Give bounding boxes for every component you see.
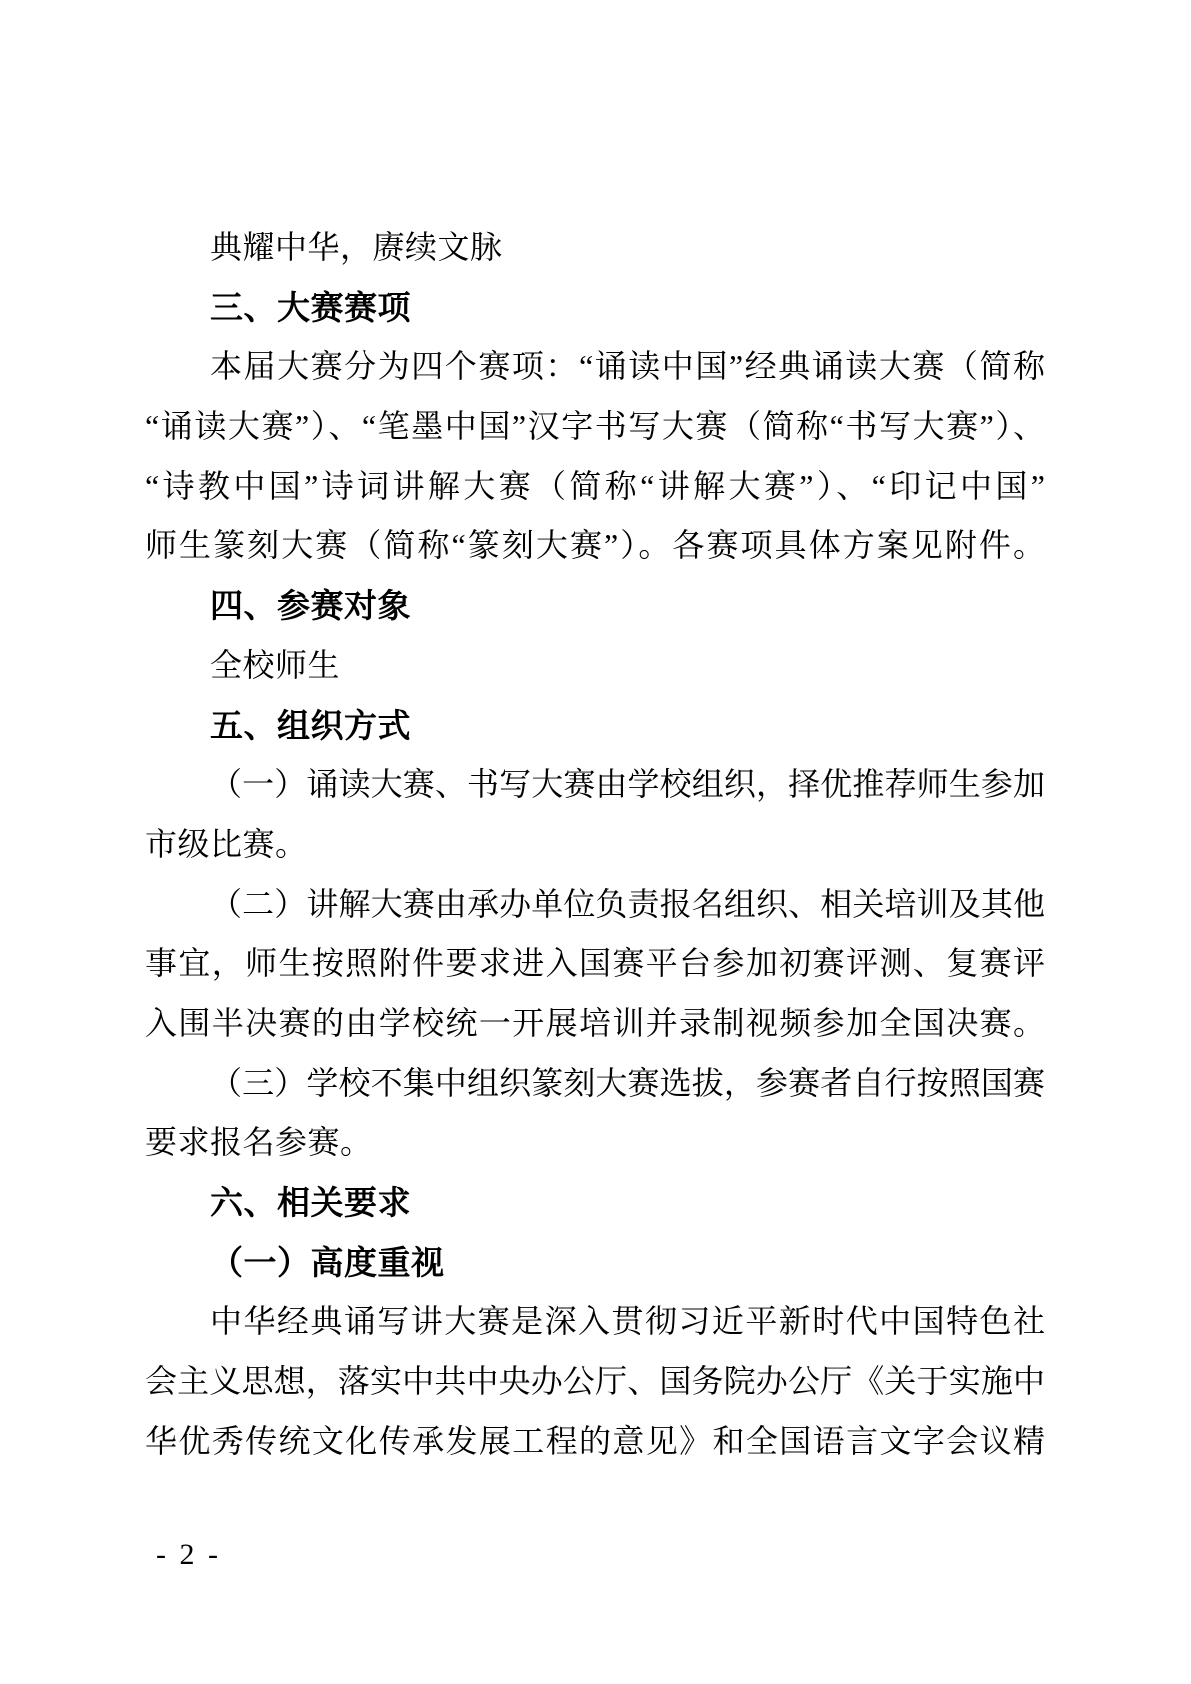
org-item-3-line-2: 要求报名参赛。 bbox=[145, 1113, 1045, 1173]
events-para-line-3: “诗教中国”诗词讲解大赛（简称“讲解大赛”）、“印记中国” bbox=[145, 457, 1045, 517]
document-page: 典耀中华，赓续文脉 三、大赛赛项 本届大赛分为四个赛项：“诵读中国”经典诵读大赛… bbox=[0, 0, 1191, 1684]
org-item-2-line-3: 入围半决赛的由学校统一开展培训并录制视频参加全国决赛。 bbox=[145, 994, 1045, 1054]
importance-para-line-3: 华优秀传统文化传承发展工程的意见》和全国语言文字会议精 bbox=[145, 1412, 1045, 1472]
org-item-3-line-1: （三）学校不集中组织篆刻大赛选拔，参赛者自行按照国赛 bbox=[145, 1054, 1045, 1114]
section-heading-5: 五、组织方式 bbox=[145, 696, 1045, 756]
org-item-1-line-1: （一）诵读大赛、书写大赛由学校组织，择优推荐师生参加 bbox=[145, 755, 1045, 815]
importance-para-line-2: 会主义思想，落实中共中央办公厅、国务院办公厅《关于实施中 bbox=[145, 1352, 1045, 1412]
page-number: - 2 - bbox=[156, 1538, 221, 1572]
theme-line: 典耀中华，赓续文脉 bbox=[145, 218, 1045, 278]
importance-para-line-1: 中华经典诵写讲大赛是深入贯彻习近平新时代中国特色社 bbox=[145, 1292, 1045, 1352]
org-item-2-line-1: （二）讲解大赛由承办单位负责报名组织、相关培训及其他 bbox=[145, 875, 1045, 935]
org-item-2-line-2: 事宜，师生按照附件要求进入国赛平台参加初赛评测、复赛评审， bbox=[145, 934, 1045, 994]
document-body: 典耀中华，赓续文脉 三、大赛赛项 本届大赛分为四个赛项：“诵读中国”经典诵读大赛… bbox=[145, 218, 1045, 1471]
events-para-line-4: 师生篆刻大赛（简称“篆刻大赛”）。各赛项具体方案见附件。 bbox=[145, 516, 1045, 576]
section-heading-3: 三、大赛赛项 bbox=[145, 278, 1045, 338]
participants-line: 全校师生 bbox=[145, 636, 1045, 696]
events-para-line-2: “诵读大赛”）、“笔墨中国”汉字书写大赛（简称“书写大赛”）、 bbox=[145, 397, 1045, 457]
section-heading-4: 四、参赛对象 bbox=[145, 576, 1045, 636]
org-item-1-line-2: 市级比赛。 bbox=[145, 815, 1045, 875]
subsection-heading-6-1: （一）高度重视 bbox=[145, 1233, 1045, 1293]
section-heading-6: 六、相关要求 bbox=[145, 1173, 1045, 1233]
events-para-line-1: 本届大赛分为四个赛项：“诵读中国”经典诵读大赛（简称 bbox=[145, 337, 1045, 397]
